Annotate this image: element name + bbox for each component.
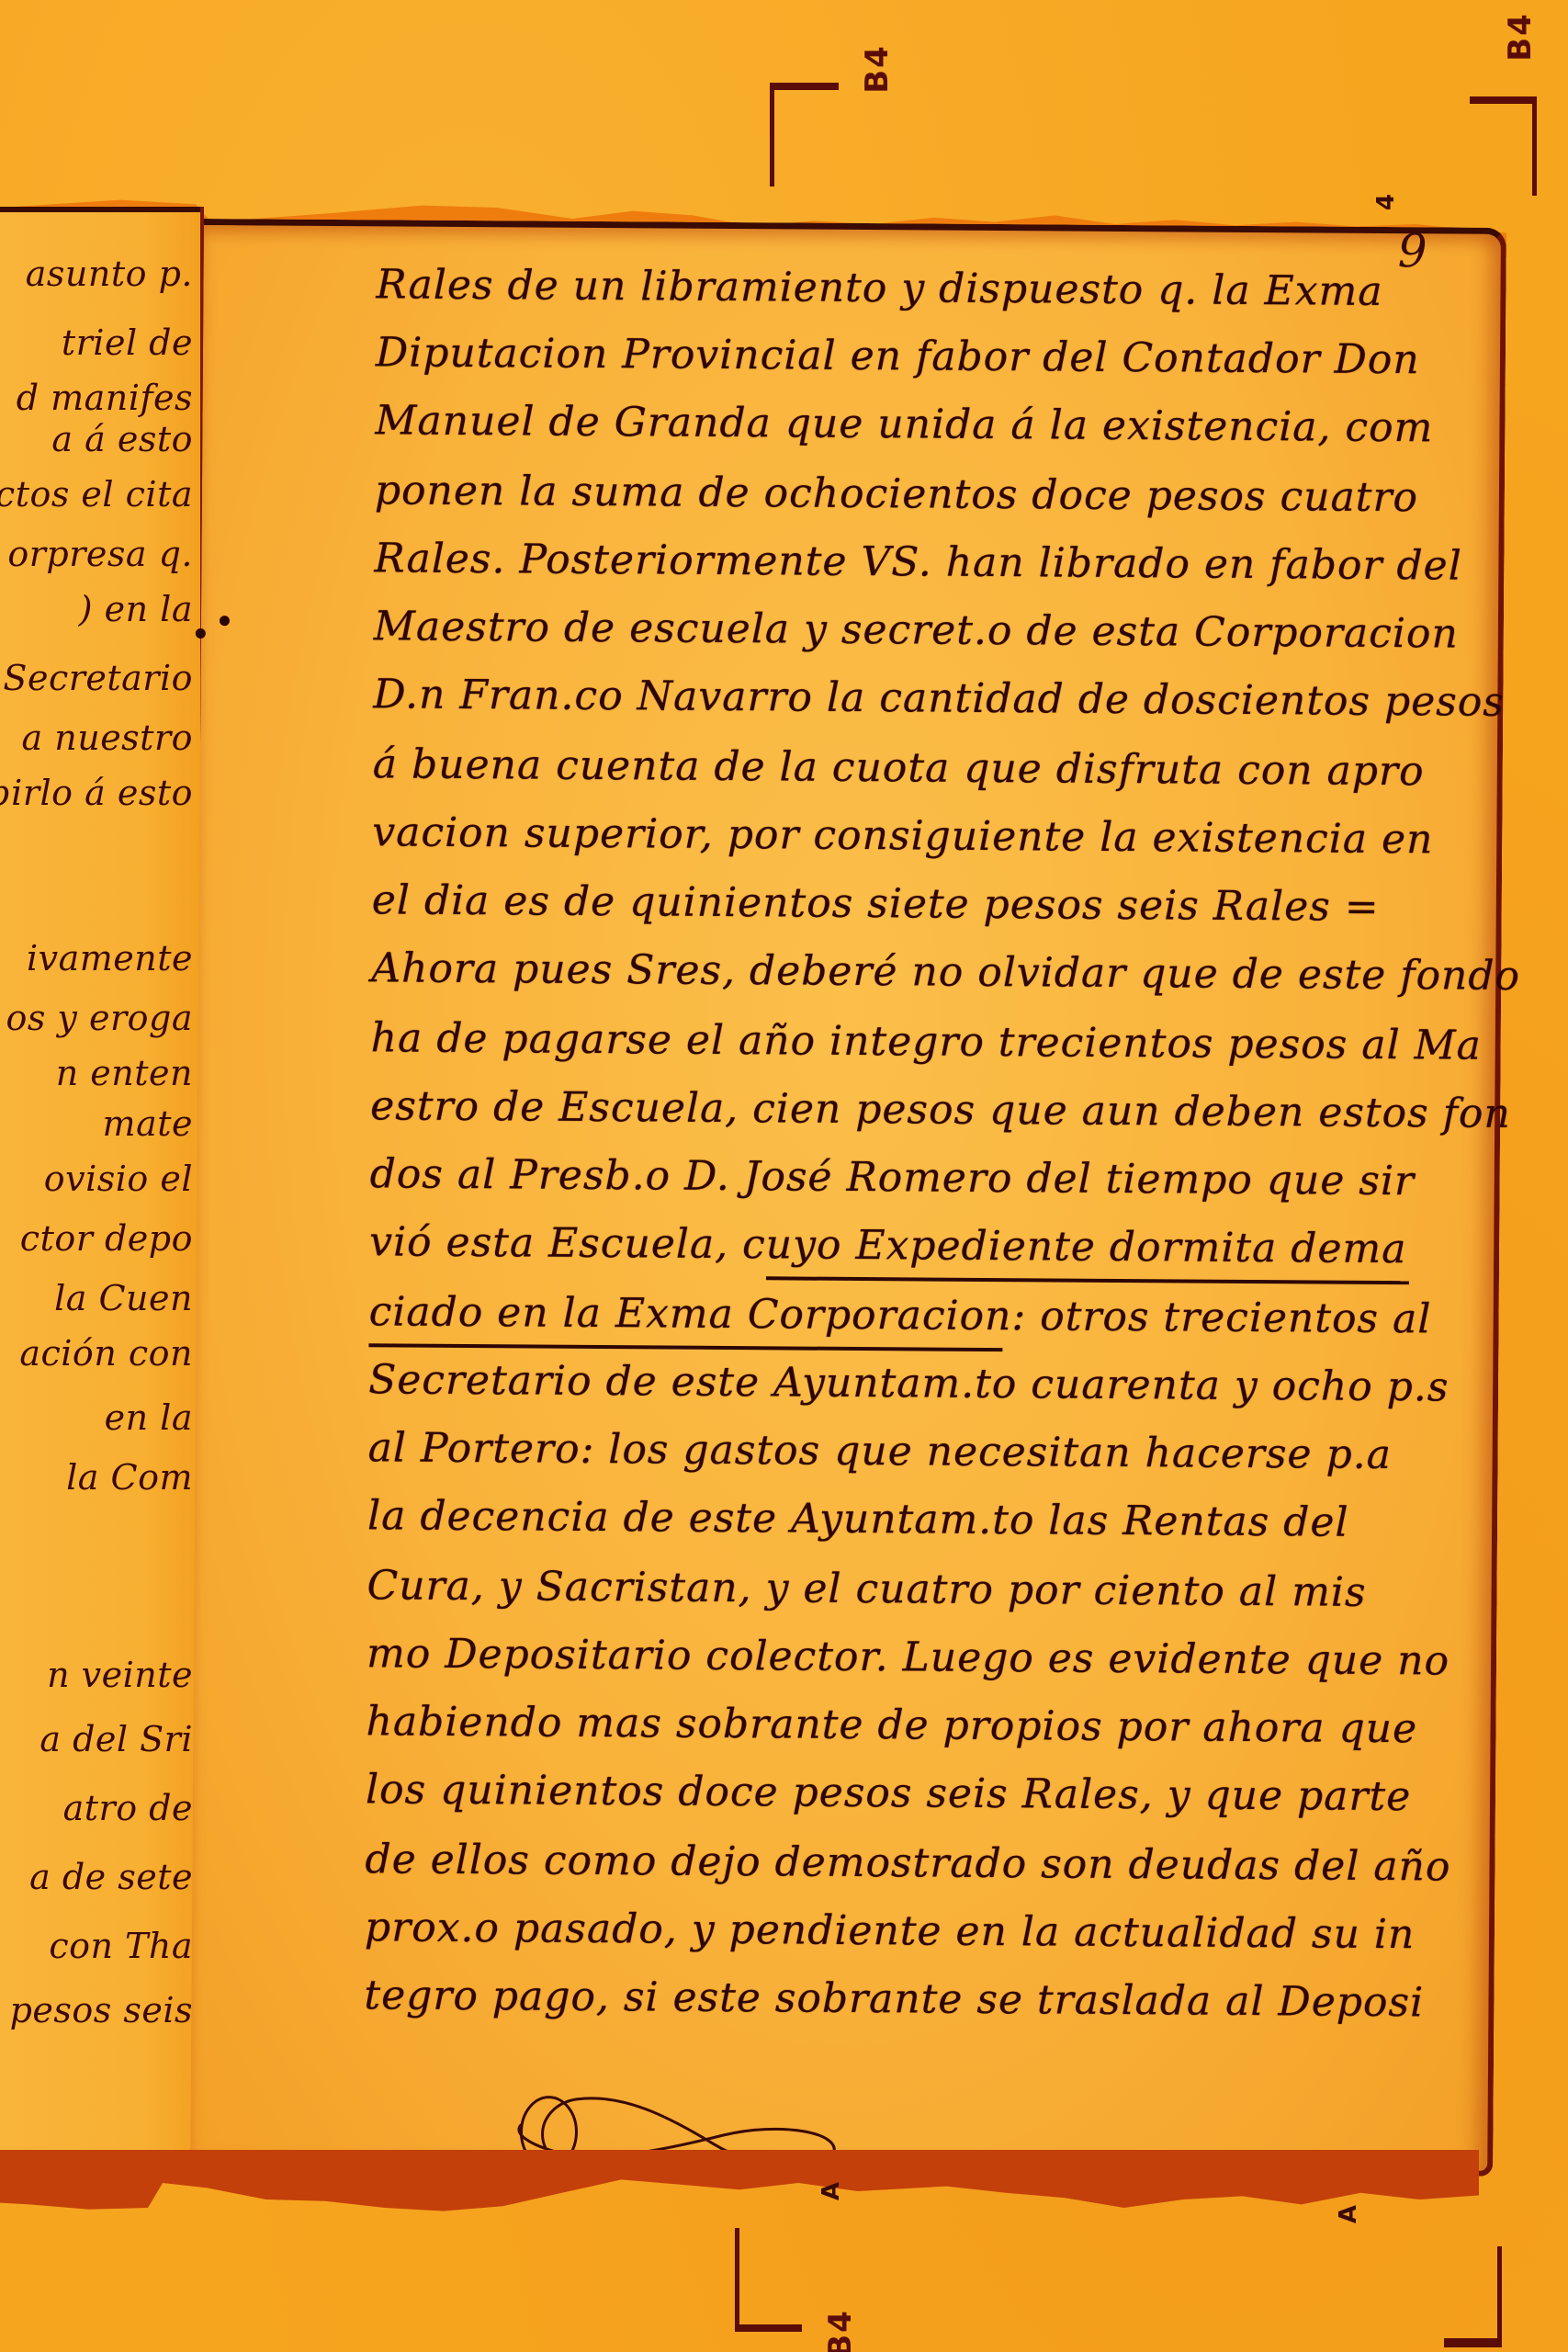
manuscript-line: prox.o pasado, y pendiente en la actuali… — [365, 1904, 1416, 1958]
left-page-line: en la — [105, 1397, 193, 1438]
manuscript-line: el dia es de quinientos siete pesos seis… — [372, 876, 1380, 931]
underline-stroke — [766, 1276, 1409, 1284]
left-page-line: ivamente — [27, 938, 193, 978]
left-page-line: ) en la — [79, 589, 193, 629]
left-page-line: la Cuen — [54, 1278, 193, 1318]
manuscript-line: tegro pago, si este sobrante se traslada… — [364, 1972, 1424, 2026]
manuscript-line: de ellos como dejo demostrado son deudas… — [365, 1836, 1450, 1890]
left-page-line: a del Sri — [39, 1719, 193, 1759]
left-page-line: mate — [103, 1103, 193, 1144]
registration-bracket-bottom-right — [1444, 2246, 1502, 2347]
left-page-fragment: asunto p. triel de d manifes a á esto ct… — [0, 207, 203, 2165]
ink-dot — [196, 628, 206, 639]
left-page-line: birlo á esto — [0, 773, 193, 813]
manuscript-line: Diputacion Provincial en fabor del Conta… — [376, 329, 1420, 383]
left-page-line: triel de — [62, 322, 193, 363]
manuscript-line: Ahora pues Sres, deberé no olvidar que d… — [371, 944, 1520, 1000]
manuscript-line: Cura, y Sacristan, y el cuatro por cient… — [367, 1562, 1366, 1616]
left-page-line: a á esto — [51, 419, 193, 459]
left-page-line: n enten — [56, 1053, 193, 1093]
manuscript-line: Maestro de escuela y secret.o de esta Co… — [374, 603, 1459, 657]
manuscript-line: ponen la suma de ochocientos doce pesos … — [375, 467, 1418, 521]
manuscript-line: D.n Fran.co Navarro la cantidad de dosci… — [373, 671, 1505, 726]
left-page-line: n veinte — [47, 1655, 193, 1695]
registration-label-top-right: B4 — [1502, 12, 1539, 62]
manuscript-line: Secretario de este Ayuntam.to cuarenta y… — [368, 1356, 1450, 1410]
left-page-line: orpresa q. — [7, 534, 193, 574]
manuscript-line: mo Depositario colector. Luego es eviden… — [367, 1630, 1450, 1684]
left-page-line: os y eroga — [6, 998, 193, 1038]
page-number: 9 — [1398, 224, 1427, 277]
left-page-line: asunto p. — [26, 254, 193, 294]
left-page-line: atro de — [63, 1788, 193, 1828]
registration-label-top-left: B4 — [859, 44, 896, 94]
left-page-line: ctor depo — [20, 1218, 193, 1259]
registration-bracket-bottom-left — [735, 2228, 802, 2332]
left-page-line: a nuestro — [22, 718, 193, 758]
registration-label-bottom-left: B4 — [822, 2309, 859, 2352]
manuscript-line: habiendo mas sobrante de propios por aho… — [366, 1698, 1417, 1752]
manuscript-line: la decencia de este Ayuntam.to las Renta… — [367, 1492, 1349, 1545]
manuscript-line: los quinientos doce pesos seis Rales, y … — [366, 1766, 1412, 1820]
manuscript-line: Rales. Posteriormente VS. han librado en… — [374, 535, 1462, 589]
underline-stroke — [368, 1343, 1002, 1351]
manuscript-line: al Portero: los gastos que necesitan hac… — [367, 1424, 1392, 1478]
line-text: vió esta Escuela, cuyo Expediente dormit… — [369, 1218, 1407, 1272]
left-page-line: la Com — [66, 1457, 193, 1498]
registration-bracket-top-right — [1470, 96, 1537, 196]
left-page-line: l Secretario — [0, 658, 193, 698]
manuscript-line: ha de pagarse el año integro trecientos … — [371, 1014, 1482, 1069]
registration-bracket-top-left — [770, 83, 839, 187]
line-text: ciado en la Exma Corporacion: otros trec… — [369, 1288, 1432, 1342]
left-page-line: ación con — [19, 1333, 193, 1374]
left-page-line: a de sete — [29, 1857, 193, 1897]
edge-tick-bottom-left: A — [818, 2182, 845, 2200]
edge-tick-bottom-right: A — [1335, 2205, 1362, 2223]
manuscript-line: vió esta Escuela, cuyo Expediente dormit… — [369, 1218, 1407, 1272]
manuscript-line: Manuel de Granda que unida á la existenc… — [375, 397, 1433, 451]
left-page-line: ovisio el — [44, 1159, 193, 1199]
edge-tick-top: 4 — [1372, 194, 1400, 210]
manuscript-line: dos al Presb.o D. José Romero del tiempo… — [370, 1150, 1416, 1204]
manuscript-line: Rales de un libramiento y dispuesto q. l… — [376, 261, 1382, 315]
manuscript-line: ciado en la Exma Corporacion: otros trec… — [369, 1288, 1432, 1342]
manuscript-line: á buena cuenta de la cuota que disfruta … — [373, 741, 1425, 795]
left-page-line: d manifes — [17, 378, 193, 418]
left-page-line: con Tha — [49, 1926, 193, 1966]
left-page-line: ctos el cita — [0, 474, 193, 514]
ink-dot — [220, 616, 230, 626]
manuscript-page: 9 Rales de un libramiento y dispuesto q.… — [190, 219, 1506, 2177]
left-page-line: pesos seis — [10, 1990, 193, 2030]
manuscript-line: estro de Escuela, cien pesos que aun deb… — [370, 1082, 1511, 1137]
manuscript-line: vacion superior, por consiguiente la exi… — [372, 808, 1433, 863]
